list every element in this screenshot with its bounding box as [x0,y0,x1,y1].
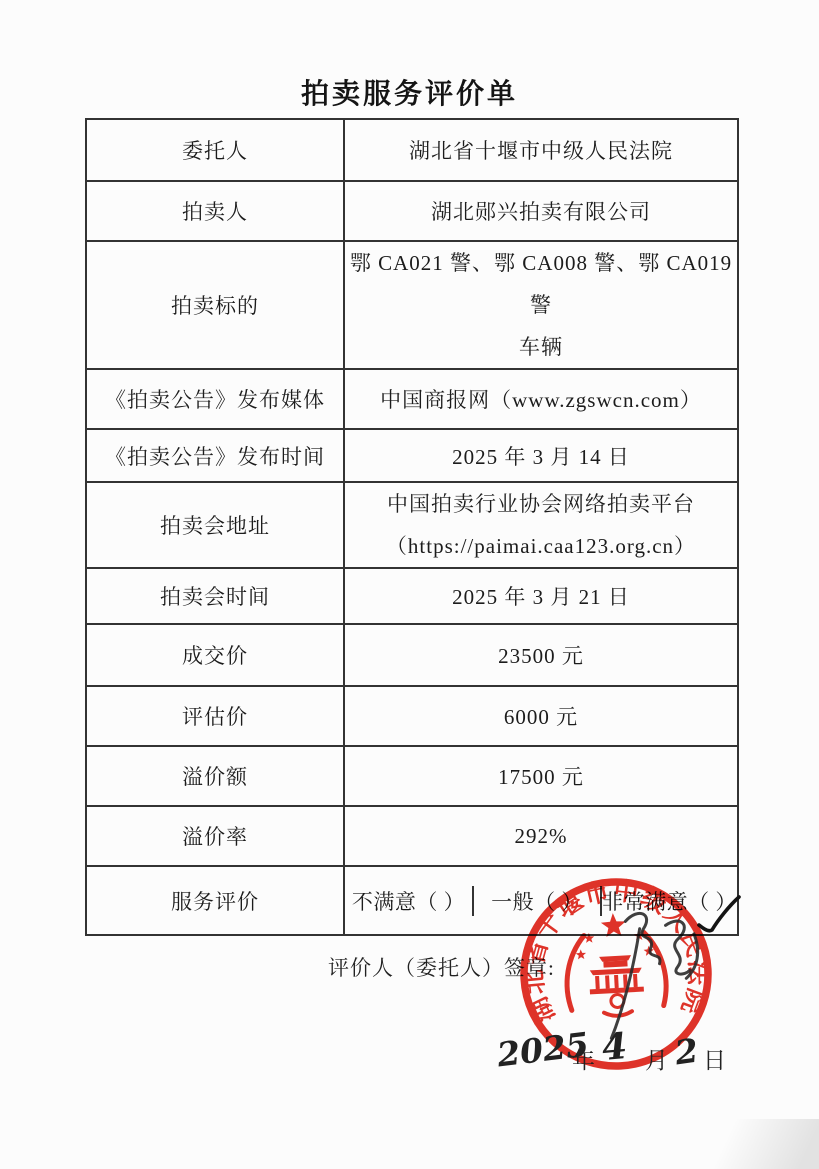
value-line: 鄂 CA021 警、鄂 CA008 警、鄂 CA019 警 [345,242,737,326]
row-value: 17500 元 [344,746,738,806]
row-label: 拍卖会地址 [86,482,344,568]
row-label: 服务评价 [86,866,344,935]
row-label: 《拍卖公告》发布时间 [86,429,344,482]
row-value: 23500 元 [344,624,738,686]
seal-ring-text: 湖北省十堰市中级人民法院 [516,872,715,1029]
document-title: 拍卖服务评价单 [0,72,819,112]
value-line: 车辆 [345,326,737,368]
row-value: 6000 元 [344,686,738,746]
row-label: 成交价 [86,624,344,686]
table-row: 拍卖人 湖北郧兴拍卖有限公司 [86,181,738,241]
table-row: 溢价额 17500 元 [86,746,738,806]
table-row: 评估价 6000 元 [86,686,738,746]
row-label: 拍卖会时间 [86,568,344,624]
row-label: 溢价率 [86,806,344,866]
table-row: 拍卖会地址 中国拍卖行业协会网络拍卖平台 （https://paimai.caa… [86,482,738,568]
table-row: 成交价 23500 元 [86,624,738,686]
row-label: 《拍卖公告》发布媒体 [86,369,344,429]
row-label: 拍卖人 [86,181,344,241]
table-row: 拍卖标的 鄂 CA021 警、鄂 CA008 警、鄂 CA019 警 车辆 [86,241,738,369]
row-value: 2025 年 3 月 14 日 [344,429,738,482]
handwritten-month: 4 [600,1025,629,1069]
scan-corner-shadow [699,1119,819,1169]
row-value: 湖北省十堰市中级人民法院 [344,119,738,181]
evaluation-table: 委托人 湖北省十堰市中级人民法院 拍卖人 湖北郧兴拍卖有限公司 拍卖标的 鄂 C… [85,118,739,936]
value-line: （https://paimai.caa123.org.cn） [345,525,737,567]
month-label: 月 [645,1042,668,1075]
row-value: 湖北郧兴拍卖有限公司 [344,181,738,241]
row-label: 委托人 [86,119,344,181]
row-label: 溢价额 [86,746,344,806]
option-unsatisfied: 不满意（ ） [345,886,472,916]
table-row: 《拍卖公告》发布媒体 中国商报网（www.zgswcn.com） [86,369,738,429]
row-value: 中国商报网（www.zgswcn.com） [344,369,738,429]
year-label: 年 [572,1042,595,1075]
row-value: 2025 年 3 月 21 日 [344,568,738,624]
table-row: 拍卖会时间 2025 年 3 月 21 日 [86,568,738,624]
row-value: 鄂 CA021 警、鄂 CA008 警、鄂 CA019 警 车辆 [344,241,738,369]
row-label: 拍卖标的 [86,241,344,369]
svg-text:湖北省十堰市中级人民法院: 湖北省十堰市中级人民法院 [516,872,715,1029]
row-value: 中国拍卖行业协会网络拍卖平台 （https://paimai.caa123.or… [344,482,738,568]
big-star-icon [600,912,626,937]
table-row: 委托人 湖北省十堰市中级人民法院 [86,119,738,181]
value-line: 中国拍卖行业协会网络拍卖平台 [345,483,737,525]
table-row: 《拍卖公告》发布时间 2025 年 3 月 14 日 [86,429,738,482]
national-emblem-icon [563,910,667,1018]
scanned-document-page: 拍卖服务评价单 委托人 湖北省十堰市中级人民法院 拍卖人 湖北郧兴拍卖有限公司 … [0,0,819,1169]
row-label: 评估价 [86,686,344,746]
day-label: 日 [703,1042,726,1075]
